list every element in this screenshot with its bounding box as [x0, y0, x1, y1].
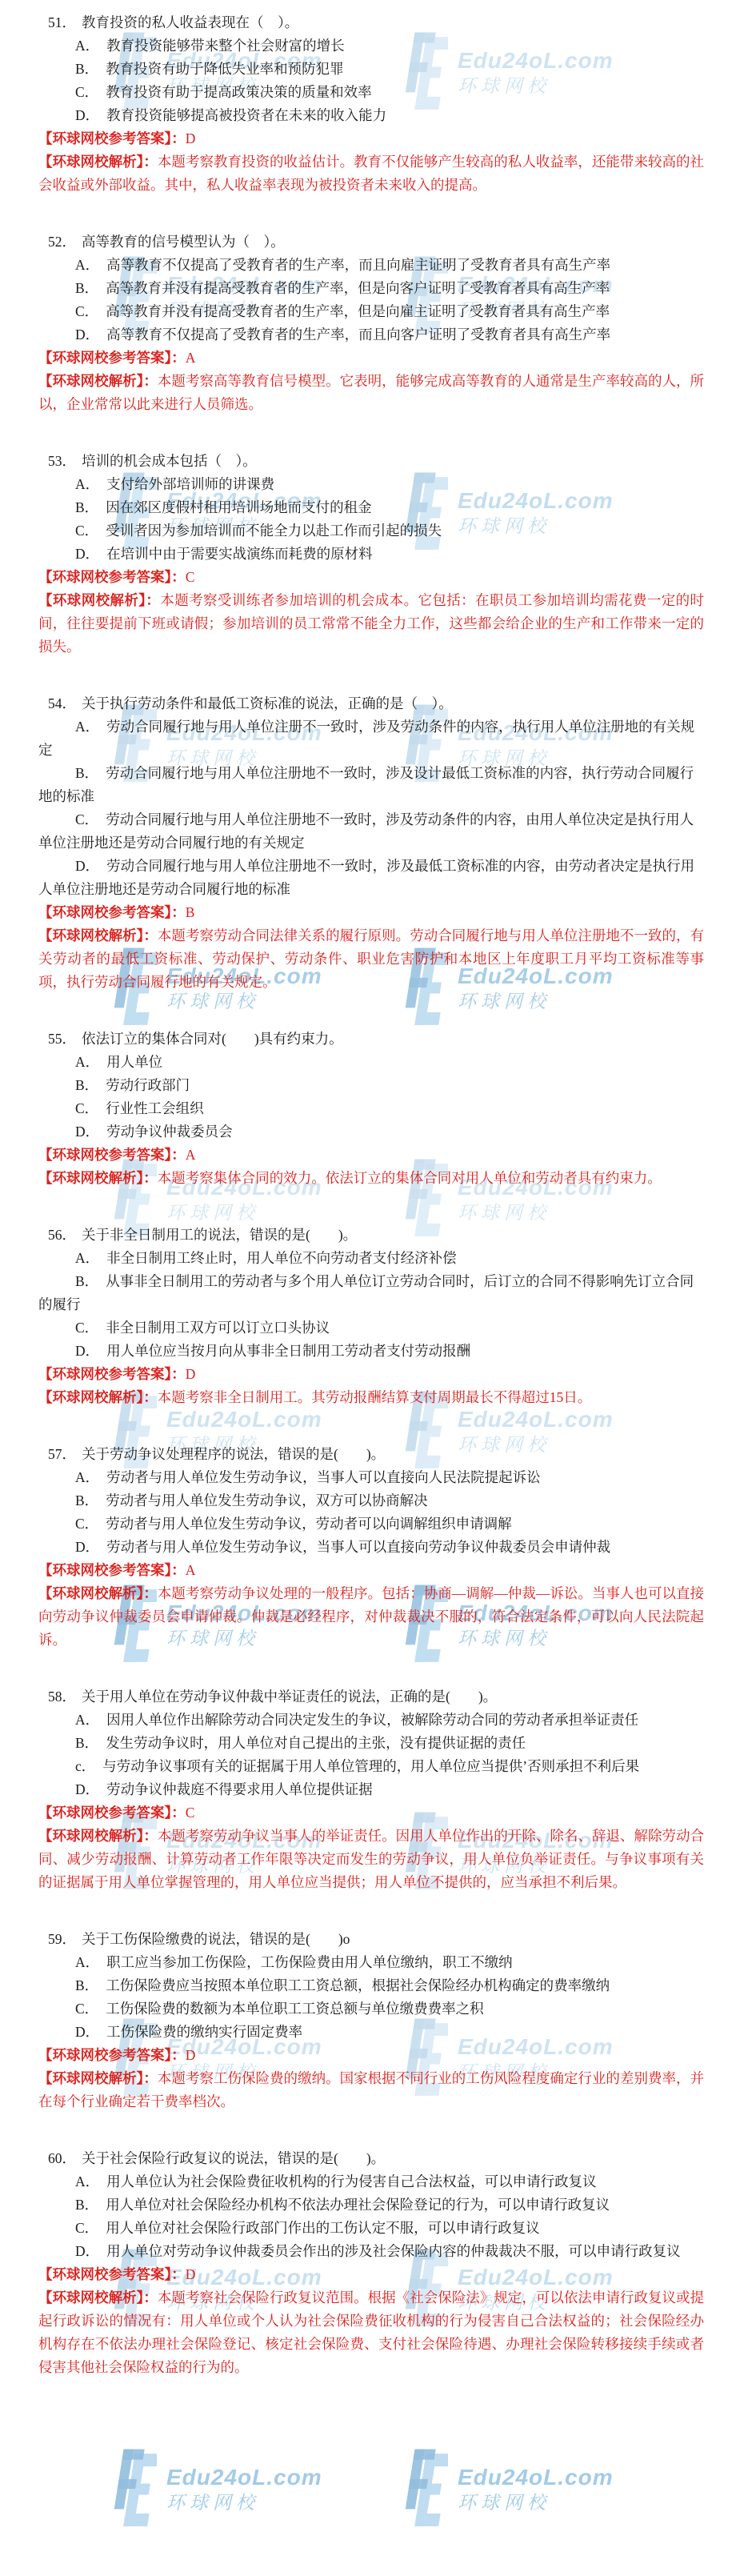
- option-line: B．劳动合同履行地与用人单位注册地不一致时，涉及设计最低工资标准的内容，执行劳动…: [38, 762, 704, 808]
- edu24ol-logo-icon: [110, 2447, 157, 2532]
- question-number: 58．: [48, 1689, 76, 1705]
- option-line: A．用人单位认为社会保险费征收机构的行为侵害自己合法权益，可以申请行政复议: [38, 2170, 704, 2193]
- analysis-prefix: 【环球网校解析】：: [38, 1389, 158, 1405]
- option-line: D．劳动合同履行地与用人单位注册地不一致时，涉及最低工资标准的内容，由劳动者决定…: [38, 855, 704, 901]
- option-label: D．: [75, 1539, 99, 1555]
- option-line: A．劳动合同履行地与用人单位注册不一致时，涉及劳动条件的内容，执行用人单位注册地…: [38, 715, 704, 762]
- option-text: 劳动者与用人单位发生劳动争议，当事人可以直接向劳动争议仲裁委员会申请仲裁: [106, 1539, 610, 1555]
- answer-line: 【环球网校参考答案】：C: [38, 1801, 704, 1825]
- analysis-line: 【环球网校解析】：本题考察教育投资的收益估计。教育不仅能够产生较高的私人收益率，…: [38, 150, 704, 197]
- question-block: 60．关于社会保险行政复议的说法，错误的是( )。 A．用人单位认为社会保险费征…: [38, 2147, 704, 2379]
- option-text: 教育投资能够提高被投资者在未来的收入能力: [106, 107, 386, 123]
- option-text: 与劳动争议事项有关的证据属于用人单位管理的，用人单位应当提供’否则承担不利后果: [102, 1758, 639, 1774]
- answer-letter: A: [186, 1562, 196, 1578]
- answer-prefix: 【环球网校参考答案】：: [38, 569, 186, 585]
- option-text: 劳动行政部门: [106, 1077, 190, 1093]
- option-line: C．劳动合同履行地与用人单位注册地不一致时，涉及劳动条件的内容，由用人单位决定是…: [38, 808, 704, 855]
- answer-line: 【环球网校参考答案】：D: [38, 2044, 704, 2067]
- answer-prefix: 【环球网校参考答案】：: [38, 904, 186, 920]
- option-text: 工伤保险费的缴纳实行固定费率: [106, 2024, 302, 2040]
- exam-page: Edu24oL.com 环球网校 Edu24oL.com 环球网校: [0, 0, 736, 2576]
- option-text: 教育投资能够带来整个社会财富的增长: [106, 38, 345, 54]
- answer-letter: D: [186, 1366, 196, 1382]
- question-block: 55．依法订立的集体合同对( )具有约束力。 A．用人单位B．劳动行政部门C．行…: [38, 1028, 704, 1190]
- option-label: A．: [75, 476, 99, 492]
- option-label: C．: [75, 1100, 98, 1116]
- option-list: A．用人单位B．劳动行政部门C．行业性工会组织D．劳动争议仲裁委员会: [38, 1051, 704, 1144]
- answer-line: 【环球网校参考答案】：D: [38, 1363, 704, 1386]
- analysis-line: 【环球网校解析】：本题考察受训练者参加培训的机会成本。它包括：在职员工参加培训均…: [38, 589, 704, 659]
- question-block: 58．关于用人单位在劳动争议仲裁中举证责任的说法，正确的是( )。 A．因用人单…: [38, 1685, 704, 1894]
- option-text: 教育投资有助于降低失业率和预防犯罪: [106, 61, 344, 77]
- answer-line: 【环球网校参考答案】：A: [38, 347, 704, 370]
- option-line: A．教育投资能够带来整个社会财富的增长: [38, 34, 704, 58]
- question-number: 54．: [48, 695, 76, 711]
- question-stem-text: 教育投资的私人收益表现在（ ）。: [82, 14, 298, 30]
- analysis-line: 【环球网校解析】：本题考察劳动合同法律关系的履行原则。劳动合同履行地与用人单位注…: [38, 924, 704, 994]
- option-line: D．用人单位应当按月向从事非全日制用工劳动者支付劳动报酬: [38, 1340, 704, 1363]
- analysis-line: 【环球网校解析】：本题考察劳动争议当事人的举证责任。因用人单位作出的开除、除名、…: [38, 1825, 704, 1894]
- option-line: A．用人单位: [38, 1051, 704, 1074]
- question-block: 59．关于工伤保险缴费的说法，错误的是( )o A．职工应当参加工伤保险，工伤保…: [38, 1928, 704, 2113]
- option-text: 劳动争议仲裁委员会: [106, 1124, 233, 1140]
- option-line: C．非全日制用工双方可以订立口头协议: [38, 1316, 704, 1340]
- option-text: 高等教育不仅提高了受教育者的生产率，而且向雇主证明了受教育者具有高生产率: [106, 257, 610, 273]
- option-label: D．: [75, 2243, 99, 2259]
- option-text: 行业性工会组织: [106, 1100, 204, 1116]
- question-number: 55．: [48, 1031, 76, 1047]
- answer-line: 【环球网校参考答案】：C: [38, 566, 704, 589]
- option-label: D．: [75, 1343, 99, 1359]
- option-label: A．: [75, 719, 99, 735]
- option-list: A．劳动者与用人单位发生劳动争议，当事人可以直接向人民法院提起诉讼B．劳动者与用…: [38, 1466, 704, 1559]
- option-label: A．: [75, 1954, 99, 1970]
- option-label: B．: [75, 499, 98, 515]
- question-number: 57．: [48, 1446, 76, 1462]
- edu24ol-domain: Edu24oL.com: [166, 2466, 322, 2490]
- option-line: D．教育投资能够提高被投资者在未来的收入能力: [38, 104, 704, 127]
- option-label: A．: [75, 1054, 99, 1070]
- option-line: A．非全日制用工终止时，用人单位不向劳动者支付经济补偿: [38, 1247, 704, 1270]
- option-label: D．: [75, 2024, 99, 2040]
- option-line: B．高等教育并没有提高受教育者的生产率，但是向客户证明了受教育者具有高生产率: [38, 277, 704, 300]
- answer-letter: A: [186, 1147, 196, 1163]
- question-number: 51．: [48, 14, 76, 30]
- option-list: A．支付给外部培训师的讲课费B．因在郊区度假村租用培训场地而支付的租金C．受训者…: [38, 473, 704, 566]
- option-label: D．: [75, 858, 99, 874]
- question-stem: 52．高等教育的信号模型认为（ ）。: [38, 230, 704, 254]
- analysis-text: 本题考察集体合同的效力。依法订立的集体合同对用人单位和劳动者具有约束力。: [158, 1170, 662, 1186]
- option-list: A．劳动合同履行地与用人单位注册不一致时，涉及劳动条件的内容，执行用人单位注册地…: [38, 715, 704, 901]
- option-list: A．因用人单位作出解除劳动合同决定发生的争议，被解除劳动合同的劳动者承担举证责任…: [38, 1709, 704, 1801]
- question-stem-text: 关于非全日制用工的说法，错误的是( )。: [82, 1227, 357, 1243]
- option-text: 劳动争议仲裁庭不得要求用人单位提供证据: [106, 1781, 373, 1797]
- analysis-prefix: 【环球网校解析】：: [38, 2070, 158, 2086]
- option-text: 因在郊区度假村租用培训场地而支付的租金: [106, 499, 372, 515]
- option-label: A．: [75, 1712, 99, 1728]
- question-number: 56．: [48, 1227, 76, 1243]
- option-text: 用人单位认为社会保险费征收机构的行为侵害自己合法权益，可以申请行政复议: [106, 2173, 597, 2189]
- answer-line: 【环球网校参考答案】：D: [38, 2263, 704, 2286]
- answer-letter: B: [186, 904, 195, 920]
- option-text: 劳动者与用人单位发生劳动争议，双方可以协商解决: [106, 1492, 428, 1508]
- option-label: B．: [75, 2197, 98, 2213]
- option-text: 高等教育并没有提高受教育者的生产率，但是向雇主证明了受教育者具有高生产率: [106, 303, 610, 319]
- analysis-line: 【环球网校解析】：本题考察高等教育信号模型。它表明，能够完成高等教育的人通常是生…: [38, 370, 704, 416]
- watermark-text: Edu24oL.com 环球网校: [458, 2466, 614, 2513]
- option-text: 非全日制用工双方可以订立口头协议: [106, 1320, 330, 1336]
- watermark-text: Edu24oL.com 环球网校: [166, 2466, 322, 2513]
- option-label: C．: [75, 84, 98, 100]
- question-stem-text: 关于执行劳动条件和最低工资标准的说法，正确的是（ ）。: [82, 695, 453, 711]
- analysis-line: 【环球网校解析】：本题考察非全日制用工。其劳动报酬结算支付周期最长不得超过15日…: [38, 1386, 704, 1409]
- option-text: 高等教育并没有提高受教育者的生产率，但是向客户证明了受教育者具有高生产率: [106, 280, 610, 296]
- answer-prefix: 【环球网校参考答案】：: [38, 2266, 186, 2282]
- analysis-prefix: 【环球网校解析】：: [38, 373, 158, 389]
- option-line: A．支付给外部培训师的讲课费: [38, 473, 704, 496]
- option-line: C．工伤保险费的数额为本单位职工工资总额与单位缴费费率之积: [38, 1997, 704, 2021]
- option-text: 用人单位对劳动争议仲裁委员会作出的涉及社会保险内容的仲裁裁决不服，可以申请行政复…: [106, 2243, 681, 2259]
- option-line: D．劳动者与用人单位发生劳动争议，当事人可以直接向劳动争议仲裁委员会申请仲裁: [38, 1536, 704, 1559]
- option-line: B．用人单位对社会保险经办机构不依法办理社会保险登记的行为，可以申请行政复议: [38, 2193, 704, 2217]
- question-stem: 60．关于社会保险行政复议的说法，错误的是( )。: [38, 2147, 704, 2170]
- question-stem-text: 关于工伤保险缴费的说法，错误的是( )o: [82, 1931, 350, 1947]
- analysis-prefix: 【环球网校解析】：: [38, 1828, 158, 1844]
- question-stem: 58．关于用人单位在劳动争议仲裁中举证责任的说法，正确的是( )。: [38, 1685, 704, 1709]
- option-label: C．: [75, 1516, 98, 1532]
- option-line: C．高等教育并没有提高受教育者的生产率，但是向雇主证明了受教育者具有高生产率: [38, 300, 704, 323]
- option-text: 从事非全日制用工的劳动者与多个用人单位订立劳动合同时，后订立的合同不得影响先订立…: [38, 1273, 694, 1312]
- answer-prefix: 【环球网校参考答案】：: [38, 350, 186, 366]
- edu24ol-domain: Edu24oL.com: [458, 2466, 614, 2490]
- option-label: B．: [75, 280, 98, 296]
- option-line: C．用人单位对社会保险行政部门作出的工伤认定不服，可以申请行政复议: [38, 2217, 704, 2240]
- option-label: C．: [75, 303, 98, 319]
- option-line: A．因用人单位作出解除劳动合同决定发生的争议，被解除劳动合同的劳动者承担举证责任: [38, 1709, 704, 1732]
- question-block: 51．教育投资的私人收益表现在（ ）。 A．教育投资能够带来整个社会财富的增长B…: [38, 11, 704, 197]
- answer-letter: C: [186, 569, 195, 585]
- question-stem: 57．关于劳动争议处理程序的说法，错误的是( )。: [38, 1443, 704, 1466]
- option-label: A．: [75, 38, 99, 54]
- analysis-prefix: 【环球网校解析】：: [38, 1170, 158, 1186]
- option-list: A．非全日制用工终止时，用人单位不向劳动者支付经济补偿B．从事非全日制用工的劳动…: [38, 1247, 704, 1363]
- edu24ol-watermark: Edu24oL.com 环球网校: [110, 2447, 322, 2532]
- option-text: 在培训中由于需要实战演练而耗费的原材料: [106, 546, 373, 562]
- option-label: C．: [75, 1320, 98, 1336]
- question-stem-text: 高等教育的信号模型认为（ ）。: [82, 234, 285, 250]
- answer-prefix: 【环球网校参考答案】：: [38, 130, 186, 146]
- option-line: B．劳动者与用人单位发生劳动争议，双方可以协商解决: [38, 1489, 704, 1512]
- option-label: C．: [75, 811, 98, 827]
- option-line: A．劳动者与用人单位发生劳动争议，当事人可以直接向人民法院提起诉讼: [38, 1466, 704, 1489]
- option-text: 用人单位对社会保险行政部门作出的工伤认定不服，可以申请行政复议: [106, 2220, 540, 2236]
- answer-line: 【环球网校参考答案】：A: [38, 1144, 704, 1167]
- question-stem: 51．教育投资的私人收益表现在（ ）。: [38, 11, 704, 34]
- question-number: 53．: [48, 453, 76, 469]
- option-line: C．教育投资有助于提高政策决策的质量和效率: [38, 81, 704, 104]
- option-label: D．: [75, 327, 99, 343]
- analysis-prefix: 【环球网校解析】：: [38, 592, 160, 608]
- option-text: 工伤保险费应当按照本单位职工工资总额，根据社会保险经办机构确定的费率缴纳: [106, 1977, 610, 1993]
- answer-prefix: 【环球网校参考答案】：: [38, 1562, 186, 1578]
- option-line: c．与劳动争议事项有关的证据属于用人单位管理的，用人单位应当提供’否则承担不利后…: [38, 1755, 704, 1778]
- question-list: 51．教育投资的私人收益表现在（ ）。 A．教育投资能够带来整个社会财富的增长B…: [0, 0, 736, 2379]
- question-number: 59．: [48, 1931, 76, 1947]
- option-list: A．用人单位认为社会保险费征收机构的行为侵害自己合法权益，可以申请行政复议B．用…: [38, 2170, 704, 2263]
- option-text: 教育投资有助于提高政策决策的质量和效率: [106, 84, 372, 100]
- question-stem: 59．关于工伤保险缴费的说法，错误的是( )o: [38, 1928, 704, 1951]
- option-text: 劳动合同履行地与用人单位注册地不一致时，涉及劳动条件的内容，由用人单位决定是执行…: [38, 811, 694, 851]
- option-text: 劳动者与用人单位发生劳动争议，劳动者可以向调解组织申请调解: [106, 1516, 512, 1532]
- option-label: D．: [75, 1781, 99, 1797]
- option-label: C．: [75, 2220, 98, 2236]
- option-label: D．: [75, 1124, 99, 1140]
- answer-prefix: 【环球网校参考答案】：: [38, 1147, 186, 1163]
- option-label: B．: [75, 1273, 98, 1289]
- option-line: B．劳动行政部门: [38, 1074, 704, 1097]
- edu24ol-logo-icon: [402, 2447, 448, 2532]
- option-text: 因用人单位作出解除劳动合同决定发生的争议，被解除劳动合同的劳动者承担举证责任: [106, 1712, 638, 1728]
- question-stem-text: 关于社会保险行政复议的说法，错误的是( )。: [82, 2150, 385, 2166]
- question-number: 52．: [48, 234, 76, 250]
- option-line: C．行业性工会组织: [38, 1097, 704, 1120]
- option-text: 非全日制用工终止时，用人单位不向劳动者支付经济补偿: [106, 1250, 457, 1266]
- option-text: 用人单位对社会保险经办机构不依法办理社会保险登记的行为，可以申请行政复议: [106, 2197, 610, 2213]
- option-list: A．教育投资能够带来整个社会财富的增长B．教育投资有助于降低失业率和预防犯罪C．…: [38, 34, 704, 127]
- question-stem: 54．关于执行劳动条件和最低工资标准的说法，正确的是（ ）。: [38, 692, 704, 715]
- option-label: B．: [75, 765, 98, 781]
- option-line: C．受训者因为参加培训而不能全力以赴工作而引起的损失: [38, 519, 704, 543]
- option-label: A．: [75, 1250, 99, 1266]
- answer-line: 【环球网校参考答案】：A: [38, 1559, 704, 1582]
- answer-prefix: 【环球网校参考答案】：: [38, 1805, 186, 1821]
- answer-prefix: 【环球网校参考答案】：: [38, 2047, 186, 2063]
- option-text: 工伤保险费的数额为本单位职工工资总额与单位缴费费率之积: [106, 2001, 484, 2017]
- option-label: D．: [75, 546, 99, 562]
- option-line: A．职工应当参加工伤保险，工伤保险费由用人单位缴纳，职工不缴纳: [38, 1951, 704, 1974]
- option-line: B．发生劳动争议时，用人单位对自己提出的主张，没有提供证据的责任: [38, 1732, 704, 1755]
- option-line: D．高等教育不仅提高了受教育者的生产率，而且向客户证明了受教育者具有高生产率: [38, 323, 704, 347]
- answer-letter: D: [186, 130, 196, 146]
- option-line: D．劳动争议仲裁庭不得要求用人单位提供证据: [38, 1778, 704, 1801]
- option-label: B．: [75, 61, 98, 77]
- option-line: C．劳动者与用人单位发生劳动争议，劳动者可以向调解组织申请调解: [38, 1512, 704, 1536]
- analysis-line: 【环球网校解析】：本题考察劳动争议处理的一般程序。包括：协商—调解—仲裁—诉讼。…: [38, 1582, 704, 1652]
- option-label: A．: [75, 2173, 99, 2189]
- edu24ol-watermark: Edu24oL.com 环球网校: [402, 2447, 614, 2532]
- option-label: B．: [75, 1077, 98, 1093]
- option-text: 用人单位应当按月向从事非全日制用工劳动者支付劳动报酬: [106, 1343, 470, 1359]
- option-line: D．工伤保险费的缴纳实行固定费率: [38, 2021, 704, 2044]
- analysis-line: 【环球网校解析】：本题考察工伤保险费的缴纳。国家根据不同行业的工伤风险程度确定行…: [38, 2067, 704, 2113]
- analysis-prefix: 【环球网校解析】：: [38, 927, 158, 943]
- option-line: B．工伤保险费应当按照本单位职工工资总额，根据社会保险经办机构确定的费率缴纳: [38, 1974, 704, 1997]
- option-text: 劳动合同履行地与用人单位注册地不一致时，涉及设计最低工资标准的内容，执行劳动合同…: [38, 765, 694, 804]
- analysis-prefix: 【环球网校解析】：: [38, 2290, 158, 2306]
- option-text: 用人单位: [106, 1054, 162, 1070]
- option-label: B．: [75, 1735, 98, 1751]
- option-label: C．: [75, 523, 98, 539]
- question-stem: 53．培训的机会成本包括（ ）。: [38, 450, 704, 473]
- question-block: 53．培训的机会成本包括（ ）。 A．支付给外部培训师的讲课费B．因在郊区度假村…: [38, 450, 704, 659]
- question-stem-text: 依法订立的集体合同对( )具有约束力。: [82, 1031, 343, 1047]
- option-line: B．教育投资有助于降低失业率和预防犯罪: [38, 58, 704, 81]
- answer-line: 【环球网校参考答案】：B: [38, 901, 704, 924]
- option-text: 发生劳动争议时，用人单位对自己提出的主张，没有提供证据的责任: [106, 1735, 526, 1751]
- option-text: 受训者因为参加培训而不能全力以赴工作而引起的损失: [106, 523, 442, 539]
- option-label: D．: [75, 107, 99, 123]
- option-list: A．高等教育不仅提高了受教育者的生产率，而且向雇主证明了受教育者具有高生产率B．…: [38, 254, 704, 347]
- question-stem: 56．关于非全日制用工的说法，错误的是( )。: [38, 1224, 704, 1247]
- question-block: 52．高等教育的信号模型认为（ ）。 A．高等教育不仅提高了受教育者的生产率，而…: [38, 230, 704, 416]
- question-stem-text: 培训的机会成本包括（ ）。: [82, 453, 257, 469]
- answer-line: 【环球网校参考答案】：D: [38, 127, 704, 150]
- option-line: D．在培训中由于需要实战演练而耗费的原材料: [38, 543, 704, 566]
- option-text: 高等教育不仅提高了受教育者的生产率，而且向客户证明了受教育者具有高生产率: [106, 327, 610, 343]
- answer-letter: C: [186, 1805, 195, 1821]
- question-block: 54．关于执行劳动条件和最低工资标准的说法，正确的是（ ）。 A．劳动合同履行地…: [38, 692, 704, 994]
- option-text: 职工应当参加工伤保险，工伤保险费由用人单位缴纳，职工不缴纳: [106, 1954, 513, 1970]
- option-list: A．职工应当参加工伤保险，工伤保险费由用人单位缴纳，职工不缴纳B．工伤保险费应当…: [38, 1951, 704, 2044]
- option-label: A．: [75, 257, 99, 273]
- answer-prefix: 【环球网校参考答案】：: [38, 1366, 186, 1382]
- question-stem-text: 关于用人单位在劳动争议仲裁中举证责任的说法，正确的是( )。: [82, 1689, 497, 1705]
- option-line: B．从事非全日制用工的劳动者与多个用人单位订立劳动合同时，后订立的合同不得影响先…: [38, 1270, 704, 1316]
- question-block: 57．关于劳动争议处理程序的说法，错误的是( )。 A．劳动者与用人单位发生劳动…: [38, 1443, 704, 1652]
- option-text: 劳动合同履行地与用人单位注册不一致时，涉及劳动条件的内容，执行用人单位注册地的有…: [38, 719, 694, 758]
- answer-letter: D: [186, 2047, 196, 2063]
- option-label: A．: [75, 1469, 99, 1485]
- question-block: 56．关于非全日制用工的说法，错误的是( )。 A．非全日制用工终止时，用人单位…: [38, 1224, 704, 1409]
- answer-letter: D: [186, 2266, 196, 2282]
- analysis-line: 【环球网校解析】：本题考察集体合同的效力。依法订立的集体合同对用人单位和劳动者具…: [38, 1167, 704, 1190]
- question-stem-text: 关于劳动争议处理程序的说法，错误的是( )。: [82, 1446, 385, 1462]
- analysis-text: 本题考察非全日制用工。其劳动报酬结算支付周期最长不得超过15日。: [158, 1389, 592, 1405]
- option-label: B．: [75, 1492, 98, 1508]
- analysis-prefix: 【环球网校解析】：: [38, 1585, 158, 1601]
- analysis-prefix: 【环球网校解析】：: [38, 154, 158, 170]
- edu24ol-name: 环球网校: [166, 2493, 322, 2513]
- option-text: 劳动合同履行地与用人单位注册地不一致时，涉及最低工资标准的内容，由劳动者决定是执…: [38, 858, 694, 897]
- question-stem: 55．依法订立的集体合同对( )具有约束力。: [38, 1028, 704, 1051]
- option-text: 劳动者与用人单位发生劳动争议，当事人可以直接向人民法院提起诉讼: [106, 1469, 541, 1485]
- option-label: B．: [75, 1977, 98, 1993]
- option-line: A．高等教育不仅提高了受教育者的生产率，而且向雇主证明了受教育者具有高生产率: [38, 254, 704, 277]
- answer-letter: A: [186, 350, 196, 366]
- option-label: C．: [75, 2001, 98, 2017]
- option-line: B．因在郊区度假村租用培训场地而支付的租金: [38, 496, 704, 519]
- option-line: D．用人单位对劳动争议仲裁委员会作出的涉及社会保险内容的仲裁裁决不服，可以申请行…: [38, 2240, 704, 2263]
- option-label: c．: [75, 1758, 95, 1774]
- option-text: 支付给外部培训师的讲课费: [106, 476, 274, 492]
- edu24ol-name: 环球网校: [458, 2493, 614, 2513]
- analysis-line: 【环球网校解析】：本题考察社会保险行政复议范围。根据《社会保险法》规定，可以依法…: [38, 2286, 704, 2379]
- option-line: D．劳动争议仲裁委员会: [38, 1120, 704, 1144]
- question-number: 60．: [48, 2150, 76, 2166]
